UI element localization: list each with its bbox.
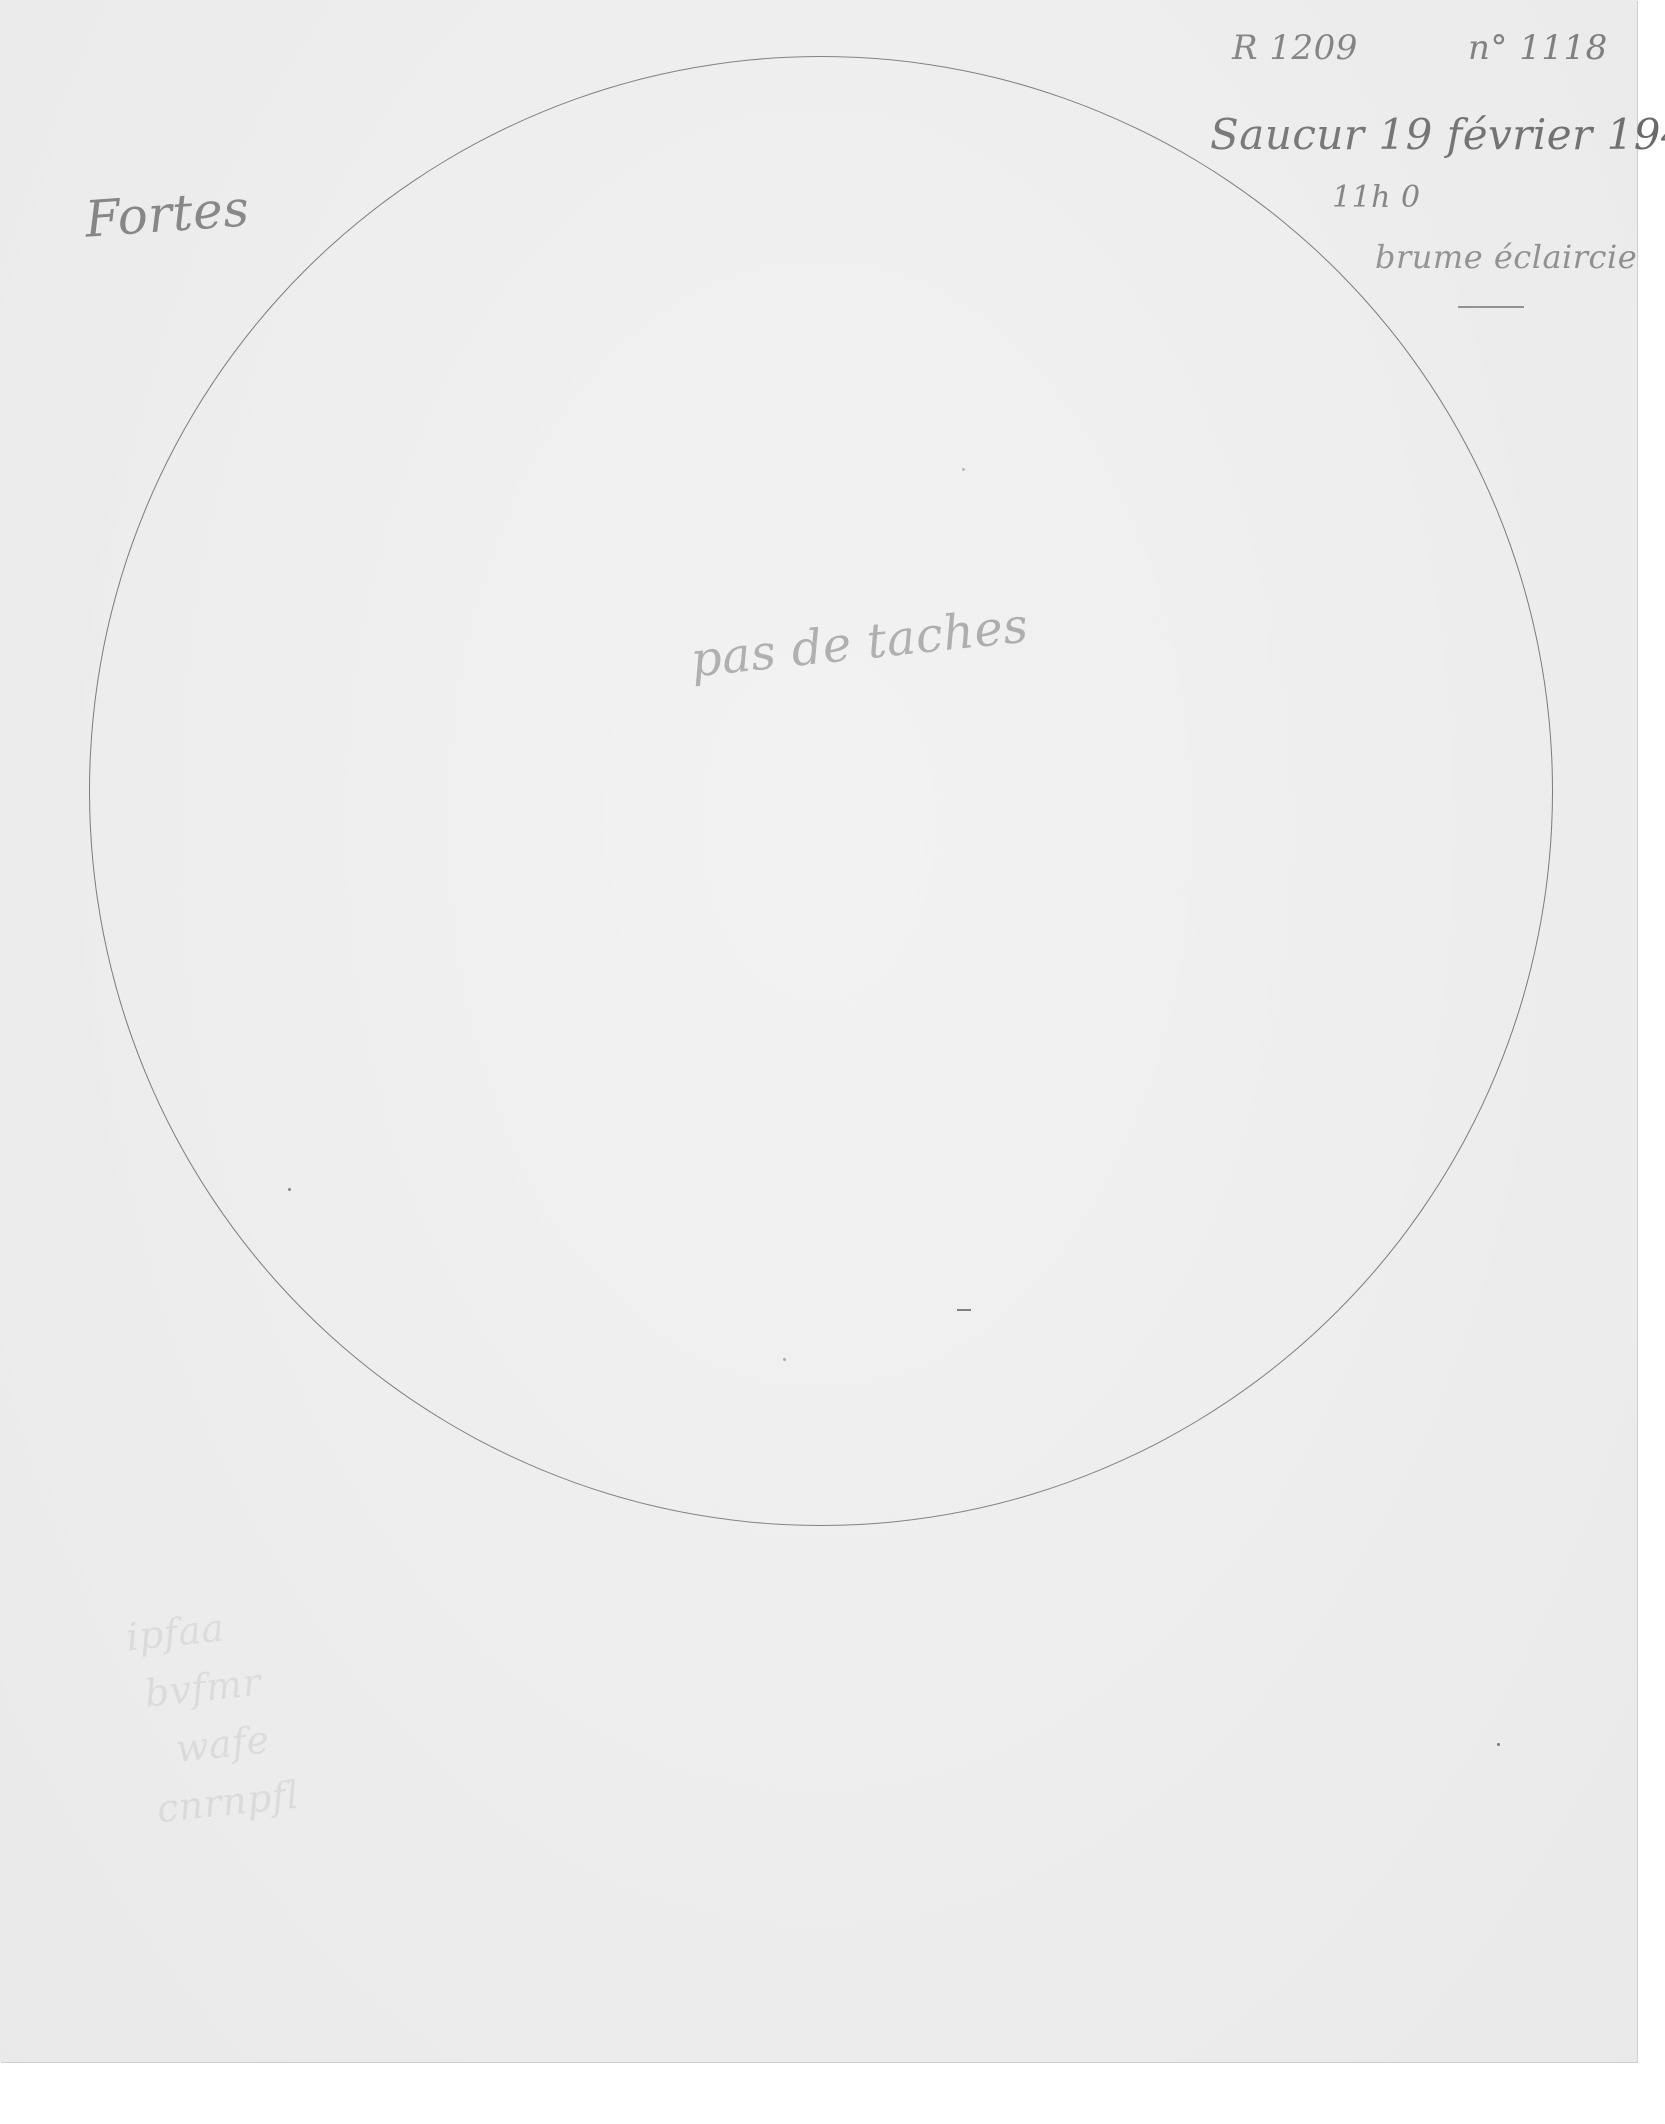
observer-name: Fortes [83,179,251,248]
reference-number-2: n° 1118 [1468,28,1608,68]
observation-time: 11h 0 [1332,180,1421,215]
erased-notes: ipfaa bvfmr wafe cnrnpfl [123,1593,301,1840]
sunspot-mark [957,1309,971,1311]
paper-sheet: R 1209 n° 1118 Saucur 19 février 1944 11… [0,0,1637,2062]
speck-mark [1497,1743,1500,1746]
sky-conditions: brume éclaircie [1375,238,1637,276]
speck-mark [783,1358,786,1361]
observer-date: Saucur 19 février 1944 [1210,110,1665,159]
speck-mark [962,468,965,471]
reference-number-1: R 1209 [1232,28,1358,68]
speck-mark [288,1188,291,1191]
solar-disk-outline [89,56,1553,1526]
underline-mark [1458,306,1524,308]
